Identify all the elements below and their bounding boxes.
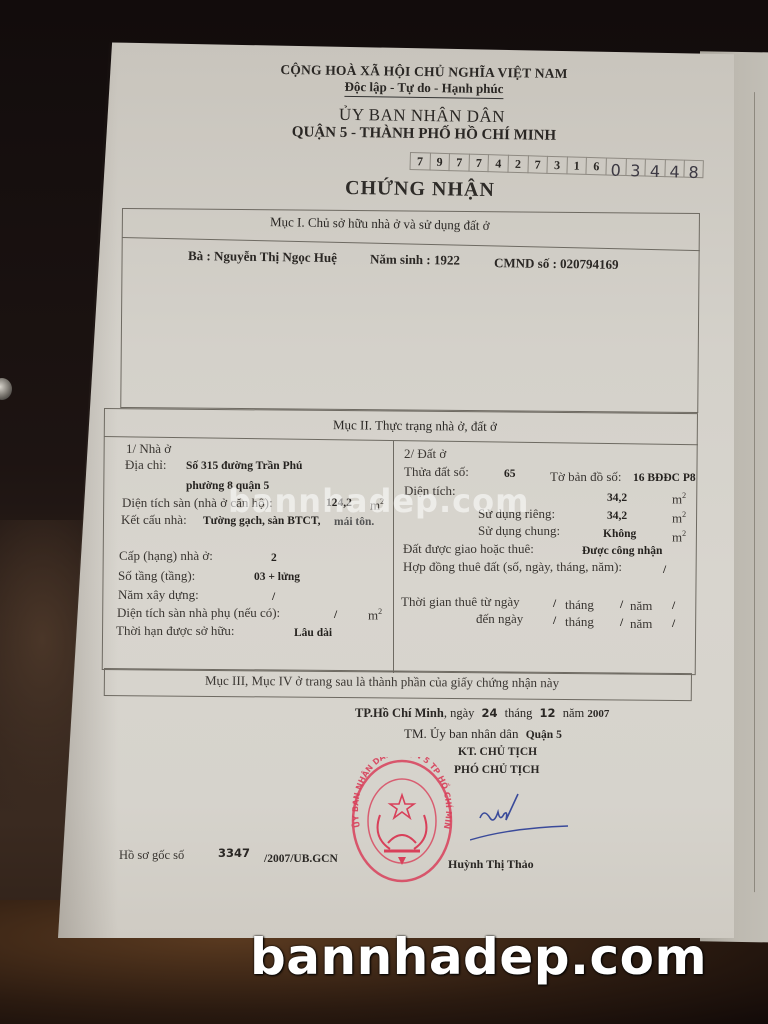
grade-label: Cấp (hạng) nhà ở:	[119, 548, 213, 564]
lease-to-day: /	[553, 615, 556, 627]
signature-icon	[470, 788, 570, 848]
record-label: Hồ sơ gốc số	[119, 848, 184, 863]
serial-digit: 4	[488, 154, 508, 173]
owner-id-number: CMND số : 020794169	[494, 255, 619, 273]
year-built-value: /	[272, 591, 275, 603]
house-heading: 1/ Nhà ở	[126, 441, 171, 457]
lease-from-month: /	[620, 599, 623, 611]
serial-digit-handwritten: 0	[605, 157, 625, 176]
grade-value: 2	[271, 552, 277, 564]
official-stamp-icon: ỦY BAN NHÂN DÂN QUẬN 5 TP HỒ CHÍ MINH	[350, 757, 454, 885]
serial-digit: 9	[429, 153, 449, 172]
record-suffix: /2007/UB.GCN	[264, 853, 338, 865]
signer-name: Huỳnh Thị Thảo	[448, 857, 534, 872]
year-built-label: Năm xây dựng:	[118, 587, 199, 603]
role-chairman: KT. CHỦ TỊCH	[458, 746, 537, 758]
serial-digit: 2	[507, 155, 527, 174]
lease-to-year: /	[672, 618, 675, 630]
serial-digit: 7	[527, 155, 547, 174]
year-label: năm	[563, 706, 585, 720]
lease-from-label: Thời gian thuê từ ngày	[401, 594, 520, 610]
watermark-overlay: bannhadep.com	[228, 482, 529, 520]
unit-text: m	[672, 529, 682, 544]
serial-digit: 3	[547, 156, 567, 175]
floors-value: 03 + lửng	[254, 571, 300, 583]
facing-page-border	[754, 92, 755, 892]
parcel-label: Thửa đất số:	[404, 464, 469, 480]
private-use-value: 34,2	[607, 510, 627, 522]
aux-area-label: Diện tích sàn nhà phụ (nếu có):	[117, 605, 280, 621]
footer-note: Mục III, Mục IV ở trang sau là thành phầ…	[205, 673, 559, 691]
private-use-unit: m2	[672, 510, 686, 526]
serial-digit-handwritten: 8	[684, 160, 704, 179]
unit-text: m	[672, 510, 682, 525]
serial-digit: 7	[449, 153, 469, 172]
parcel-value: 65	[504, 468, 516, 480]
ownership-term-label: Thời hạn được sở hữu:	[116, 623, 234, 639]
address-line1: Số 315 đường Trần Phú	[186, 460, 302, 472]
signing-year: 2007	[587, 708, 609, 720]
signing-place: TP.Hồ Chí Minh	[355, 706, 444, 720]
address-label: Địa chỉ:	[125, 457, 167, 473]
signing-day: 24	[482, 706, 498, 720]
committee-heading: ỦY BAN NHÂN DÂN	[339, 105, 505, 127]
shared-use-unit: m2	[672, 529, 686, 545]
allocation-label: Đất được giao hoặc thuê:	[403, 541, 534, 557]
signing-month: 12	[540, 706, 556, 720]
owner-birth-year: Năm sinh : 1922	[370, 251, 460, 268]
lease-from-day: /	[553, 598, 556, 610]
land-area-value: 34,2	[607, 492, 627, 504]
day-label: , ngày	[444, 706, 475, 720]
lease-from-month-label: tháng	[565, 597, 594, 613]
serial-digit: 7	[468, 154, 488, 173]
lease-to-year-label: năm	[630, 616, 652, 632]
owner-name: Bà : Nguyễn Thị Ngọc Huệ	[188, 248, 337, 266]
record-number: 3347	[218, 846, 250, 860]
signing-date: TP.Hồ Chí Minh, ngày 24 tháng 12 năm 200…	[355, 706, 609, 721]
land-area-unit: m2	[672, 491, 686, 507]
lease-from-year-label: năm	[630, 598, 652, 614]
allocation-value: Được công nhận	[582, 545, 662, 557]
map-sheet-value: 16 BĐĐC P8	[633, 472, 696, 484]
serial-digit: 1	[566, 156, 586, 175]
background-object	[0, 378, 12, 400]
lease-to-month: /	[620, 617, 623, 629]
shared-use-label: Sử dụng chung:	[478, 523, 560, 539]
serial-digit: 7	[409, 152, 429, 171]
shared-use-value: Không	[603, 528, 636, 540]
certificate-title: CHỨNG NHẬN	[345, 177, 495, 202]
structure-label: Kết cấu nhà:	[121, 512, 187, 528]
lease-from-year: /	[672, 600, 675, 612]
lease-to-month-label: tháng	[565, 614, 594, 630]
aux-area-unit: m2	[368, 607, 382, 623]
map-sheet-label: Tờ bản đồ số:	[550, 469, 622, 485]
lease-contract-value: /	[663, 564, 666, 576]
unit-text: m	[368, 607, 378, 622]
lease-contract-label: Hợp đồng thuê đất (số, ngày, tháng, năm)…	[403, 559, 622, 575]
month-label: tháng	[505, 706, 533, 720]
ownership-term-value: Lâu dài	[294, 627, 332, 639]
unit-text: m	[672, 491, 682, 506]
serial-digit-handwritten: 3	[625, 158, 645, 177]
section2-column-divider	[393, 441, 394, 673]
aux-area-value: /	[334, 609, 337, 621]
role-vice-chairman: PHÓ CHỦ TỊCH	[454, 764, 539, 776]
land-heading: 2/ Đất ở	[404, 446, 446, 462]
section2-title: Mục II. Thực trạng nhà ở, đất ở	[333, 417, 497, 435]
floors-label: Số tầng (tầng):	[118, 568, 195, 584]
serial-digit: 6	[586, 157, 606, 176]
on-behalf-text: TM. Ủy ban nhân dân	[404, 726, 518, 741]
serial-digit-handwritten: 4	[664, 159, 684, 178]
on-behalf-district: Quận 5	[526, 729, 562, 741]
motto: Độc lập - Tự do - Hạnh phúc	[344, 79, 503, 99]
lease-to-label: đến ngày	[476, 611, 523, 627]
watermark-caption: bannhadep.com	[250, 928, 707, 986]
on-behalf: TM. Ủy ban nhân dân Quận 5	[404, 726, 562, 742]
serial-digit-handwritten: 4	[645, 159, 665, 178]
